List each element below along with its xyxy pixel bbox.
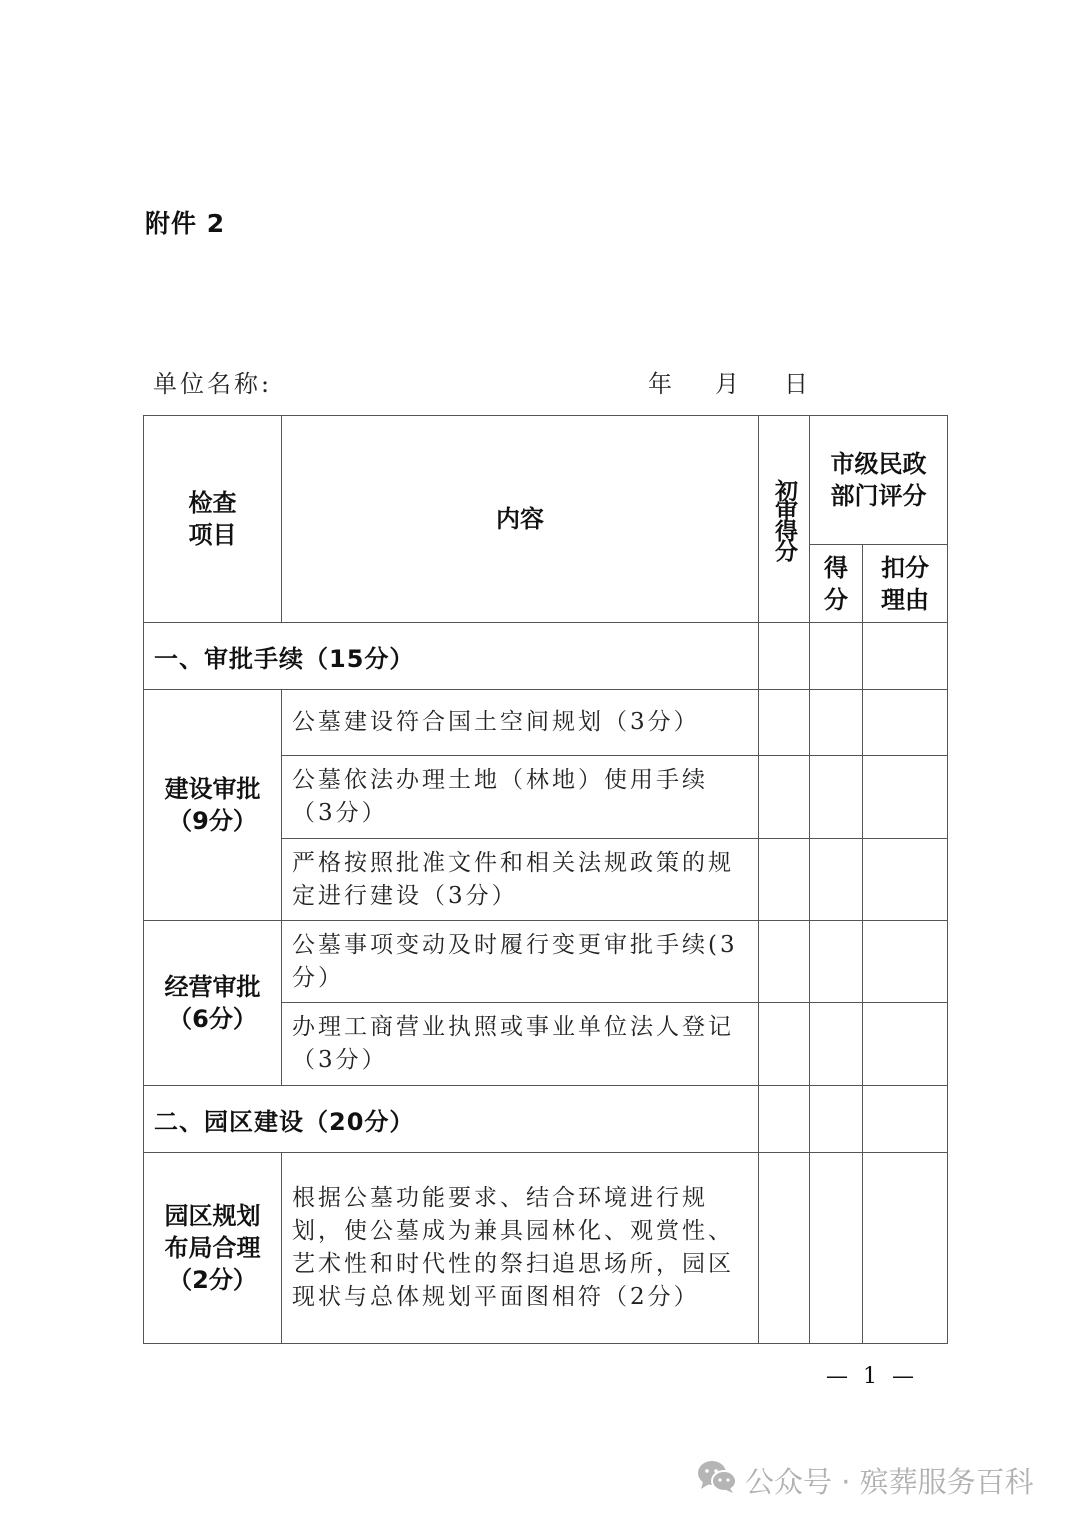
header-item: 检查项目 (144, 416, 282, 623)
category-label: 经营审批（6分） (157, 971, 269, 1035)
category-cell: 园区规划布局合理（2分） (144, 1153, 282, 1344)
month-label: 月 (715, 364, 739, 399)
header-city-dept: 市级民政部门评分 (810, 416, 948, 545)
content-cell: 公墓事项变动及时履行变更审批手续(3分） (282, 921, 759, 1003)
score-cell[interactable] (810, 623, 863, 690)
content-cell: 公墓建设符合国土空间规划（3分） (282, 690, 759, 756)
deduction-reason-cell[interactable] (863, 623, 948, 690)
initial-score-cell[interactable] (759, 1153, 810, 1344)
page-number: — 1 — (826, 1364, 918, 1389)
score-cell[interactable] (810, 1153, 863, 1344)
table-row: 园区规划布局合理（2分） 根据公墓功能要求、结合环境进行规划，使公墓成为兼具园林… (144, 1153, 948, 1344)
header-initial-score-label: 初审得分 (768, 479, 800, 559)
score-cell[interactable] (810, 839, 863, 921)
header-deduction-reason-label: 扣分理由 (877, 552, 933, 616)
score-cell[interactable] (810, 756, 863, 839)
deduction-reason-cell[interactable] (863, 839, 948, 921)
watermark-text: 公众号 · 殡葬服务百科 (745, 1460, 1034, 1501)
watermark: 公众号 · 殡葬服务百科 (697, 1460, 1034, 1501)
initial-score-cell[interactable] (759, 921, 810, 1003)
initial-score-cell[interactable] (759, 756, 810, 839)
initial-score-cell[interactable] (759, 839, 810, 921)
header-content: 内容 (282, 416, 759, 623)
score-cell[interactable] (810, 1003, 863, 1086)
initial-score-cell[interactable] (759, 690, 810, 756)
section-title: 二、园区建设（20分） (144, 1086, 759, 1153)
deduction-reason-cell[interactable] (863, 1153, 948, 1344)
deduction-reason-cell[interactable] (863, 690, 948, 756)
category-cell: 建设审批（9分） (144, 690, 282, 921)
score-cell[interactable] (810, 690, 863, 756)
content-cell: 根据公墓功能要求、结合环境进行规划，使公墓成为兼具园林化、观赏性、艺术性和时代性… (282, 1153, 759, 1344)
inspection-table: 检查项目 内容 初审得分 市级民政部门评分 得分 扣分理由 一、审批手续（15分… (143, 415, 948, 1344)
header-score: 得分 (810, 545, 863, 623)
header-city-dept-label: 市级民政部门评分 (823, 448, 935, 512)
header-initial-score: 初审得分 (759, 416, 810, 623)
header-item-label: 检查项目 (144, 487, 281, 551)
table-row: 建设审批（9分） 公墓建设符合国土空间规划（3分） (144, 690, 948, 756)
wechat-icon (697, 1460, 737, 1501)
score-cell[interactable] (810, 1086, 863, 1153)
unit-name-label: 单位名称: (153, 364, 272, 399)
content-cell: 公墓依法办理土地（林地）使用手续（3分） (282, 756, 759, 839)
category-cell: 经营审批（6分） (144, 921, 282, 1086)
category-label: 园区规划布局合理（2分） (157, 1200, 269, 1296)
header-deduction-reason: 扣分理由 (863, 545, 948, 623)
table-row: 经营审批（6分） 公墓事项变动及时履行变更审批手续(3分） (144, 921, 948, 1003)
deduction-reason-cell[interactable] (863, 756, 948, 839)
initial-score-cell[interactable] (759, 1086, 810, 1153)
section-title: 一、审批手续（15分） (144, 623, 759, 690)
deduction-reason-cell[interactable] (863, 1086, 948, 1153)
category-label: 建设审批（9分） (157, 773, 269, 837)
attachment-label: 附件 2 (145, 204, 225, 240)
deduction-reason-cell[interactable] (863, 921, 948, 1003)
initial-score-cell[interactable] (759, 1003, 810, 1086)
content-cell: 严格按照批准文件和相关法规政策的规定进行建设（3分） (282, 839, 759, 921)
content-cell: 办理工商营业执照或事业单位法人登记（3分） (282, 1003, 759, 1086)
score-cell[interactable] (810, 921, 863, 1003)
header-score-label: 得分 (822, 552, 850, 616)
deduction-reason-cell[interactable] (863, 1003, 948, 1086)
year-label: 年 (648, 364, 672, 399)
day-label: 日 (784, 364, 808, 399)
initial-score-cell[interactable] (759, 623, 810, 690)
